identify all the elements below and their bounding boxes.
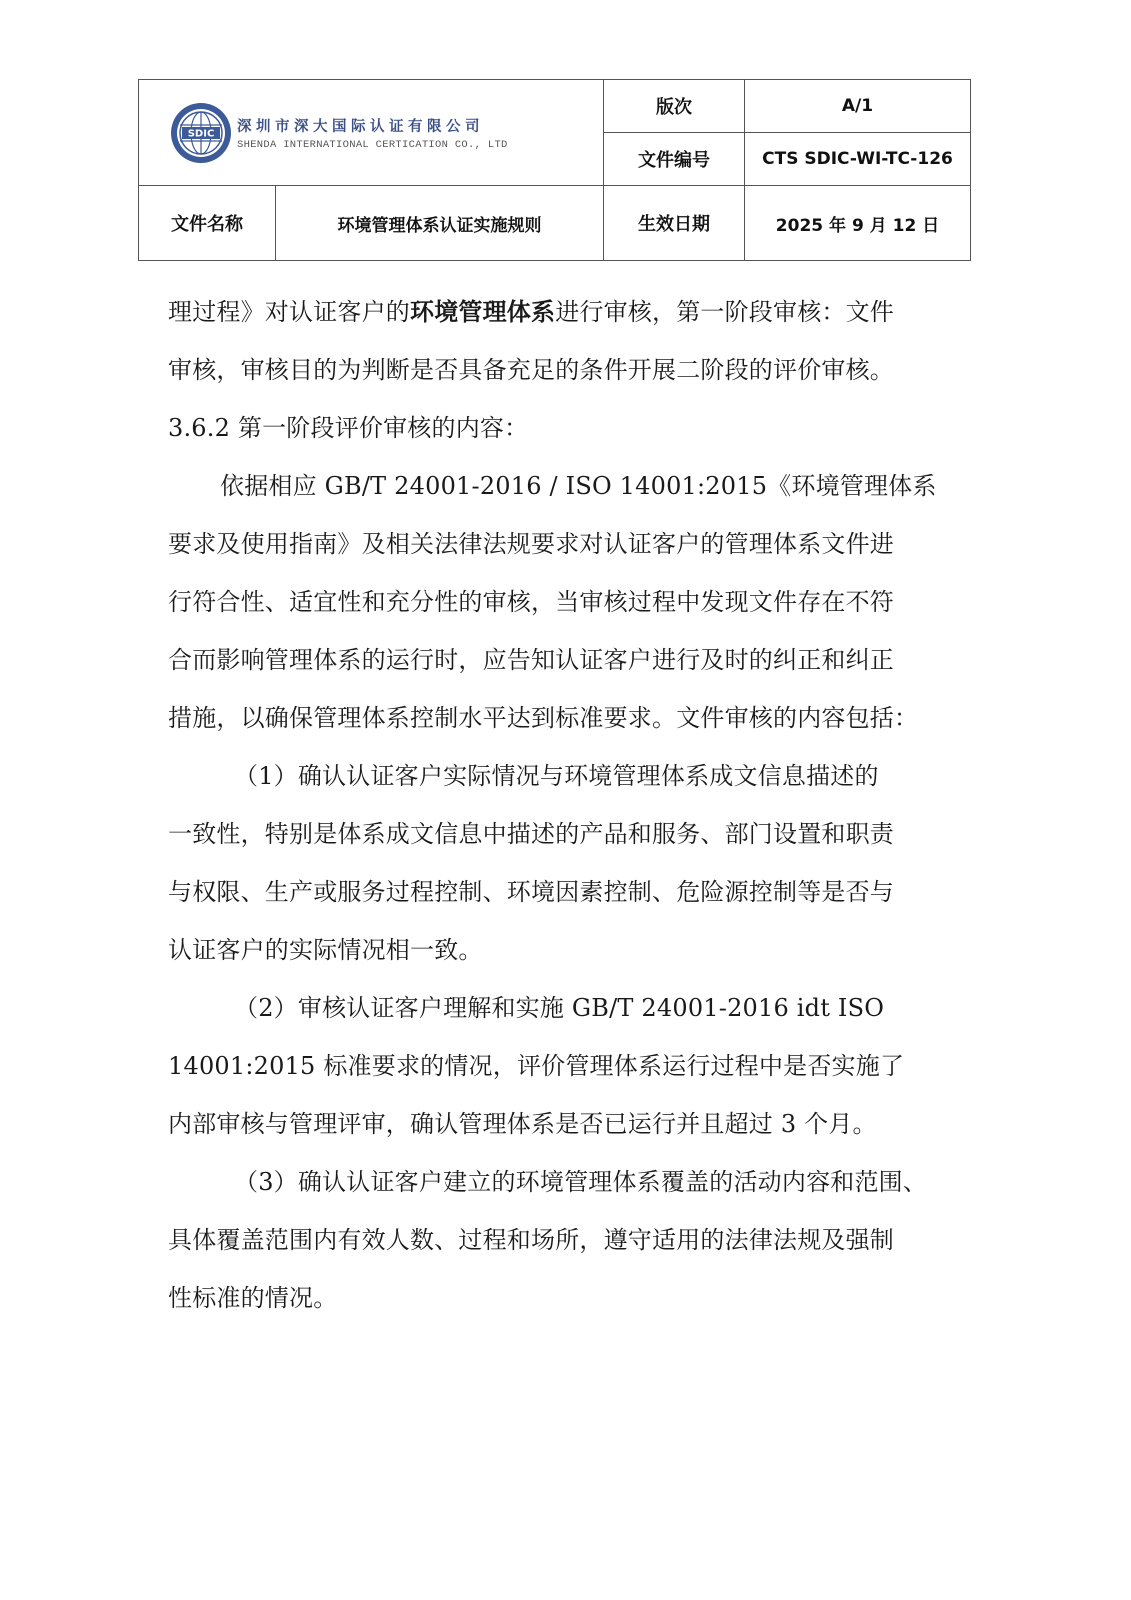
company-logo-icon: SDIC — [169, 101, 233, 165]
doc-number-label: 文件编号 — [604, 133, 745, 186]
paragraph-line: 合而影响管理体系的运行时，应告知认证客户进行及时的纠正和纠正 — [168, 631, 948, 689]
document-header-table: SDIC 深圳市深大国际认证有限公司 SHENDA INTERNATIONAL … — [138, 79, 971, 261]
svg-text:SDIC: SDIC — [188, 128, 215, 139]
version-label: 版次 — [604, 80, 745, 133]
effective-date-label: 生效日期 — [604, 186, 745, 261]
company-name-en: SHENDA INTERNATIONAL CERTICATION CO., LT… — [237, 139, 508, 151]
paragraph-line: 与权限、生产或服务过程控制、环境因素控制、危险源控制等是否与 — [168, 863, 948, 921]
version-value: A/1 — [745, 80, 971, 133]
paragraph-line: 理过程》对认证客户的环境管理体系进行审核，第一阶段审核：文件 — [168, 283, 948, 341]
company-logo-cell: SDIC 深圳市深大国际认证有限公司 SHENDA INTERNATIONAL … — [139, 80, 604, 186]
doc-name-value: 环境管理体系认证实施规则 — [276, 186, 604, 261]
paragraph-line: 一致性，特别是体系成文信息中描述的产品和服务、部门设置和职责 — [168, 805, 948, 863]
paragraph-line: 具体覆盖范围内有效人数、过程和场所，遵守适用的法律法规及强制 — [168, 1211, 948, 1269]
list-item-3: （3）确认认证客户建立的环境管理体系覆盖的活动内容和范围、 — [168, 1153, 948, 1211]
list-item-2: （2）审核认证客户理解和实施 GB/T 24001-2016 idt ISO — [168, 979, 948, 1037]
list-item-1: （1）确认认证客户实际情况与环境管理体系成文信息描述的 — [168, 747, 948, 805]
doc-name-label: 文件名称 — [139, 186, 276, 261]
document-body: 理过程》对认证客户的环境管理体系进行审核，第一阶段审核：文件 审核，审核目的为判… — [168, 283, 948, 1327]
paragraph-line: 14001:2015 标准要求的情况，评价管理体系运行过程中是否实施了 — [168, 1037, 948, 1095]
effective-date-value: 2025 年 9 月 12 日 — [745, 186, 971, 261]
paragraph-line: 审核，审核目的为判断是否具备充足的条件开展二阶段的评价审核。 — [168, 341, 948, 399]
paragraph-line: 内部审核与管理评审，确认管理体系是否已运行并且超过 3 个月。 — [168, 1095, 948, 1153]
paragraph-line: 行符合性、适宜性和充分性的审核，当审核过程中发现文件存在不符 — [168, 573, 948, 631]
paragraph-line: 要求及使用指南》及相关法律法规要求对认证客户的管理体系文件进 — [168, 515, 948, 573]
section-heading-3-6-2: 3.6.2 第一阶段评价审核的内容： — [168, 399, 948, 457]
paragraph-line: 认证客户的实际情况相一致。 — [168, 921, 948, 979]
paragraph-line: 措施，以确保管理体系控制水平达到标准要求。文件审核的内容包括： — [168, 689, 948, 747]
emphasis-text: 环境管理体系 — [410, 298, 555, 326]
paragraph-line: 性标准的情况。 — [168, 1269, 948, 1327]
paragraph-line: 依据相应 GB/T 24001-2016 / ISO 14001:2015《环境… — [168, 457, 948, 515]
company-name-cn: 深圳市深大国际认证有限公司 — [237, 115, 508, 136]
doc-number-value: CTS SDIC-WI-TC-126 — [745, 133, 971, 186]
